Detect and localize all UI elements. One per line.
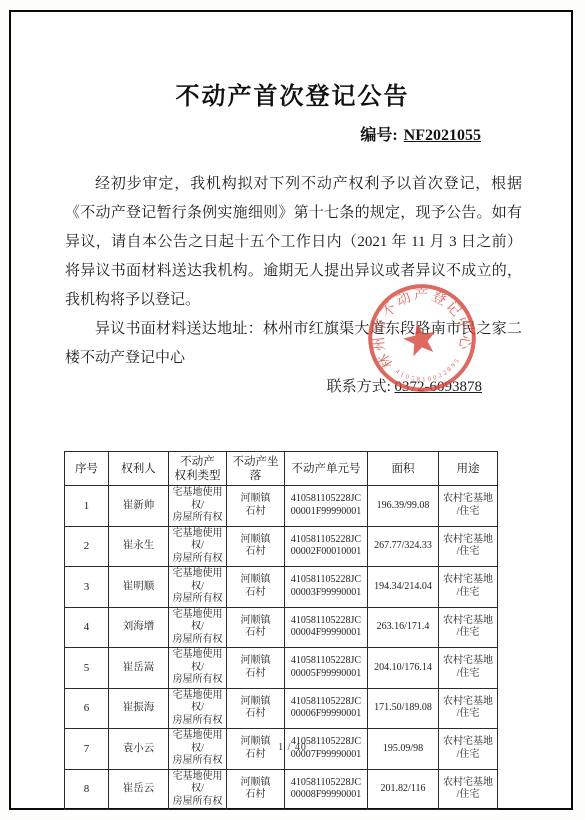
page-number-indicator: 1 / 40 <box>0 742 585 753</box>
cell-area: 196.39/99.08 <box>368 486 439 527</box>
cell-location: 河顺镇 石村 <box>227 688 285 729</box>
table-row: 6 崔振海 宅基地使用权/ 房屋所有权 河顺镇 石村 410581105228J… <box>65 688 498 729</box>
col-header-location: 不动产坐落 <box>227 452 285 486</box>
cell-right-type: 宅基地使用权/ 房屋所有权 <box>169 526 227 567</box>
cell-location: 河顺镇 石村 <box>227 486 285 527</box>
cell-usage: 农村宅基地 /住宅 <box>439 607 498 648</box>
cell-right-type: 宅基地使用权/ 房屋所有权 <box>169 648 227 689</box>
document-number-label: 编号: <box>360 127 397 144</box>
cell-usage: 农村宅基地 /住宅 <box>439 486 498 527</box>
col-header-usage: 用途 <box>439 452 498 486</box>
col-header-right-type: 不动产 权利类型 <box>169 452 227 486</box>
col-header-serial: 序号 <box>65 452 109 486</box>
cell-right-type: 宅基地使用权/ 房屋所有权 <box>169 486 227 527</box>
cell-owner: 崔岳云 <box>109 769 169 810</box>
cell-owner: 崔明顺 <box>109 567 169 608</box>
table-row: 8 崔岳云 宅基地使用权/ 房屋所有权 河顺镇 石村 410581105228J… <box>65 769 498 810</box>
table-row: 1 崔新帅 宅基地使用权/ 房屋所有权 河顺镇 石村 410581105228J… <box>65 486 498 527</box>
cell-location: 河顺镇 石村 <box>227 607 285 648</box>
cell-owner: 刘海增 <box>109 607 169 648</box>
cell-location: 河顺镇 石村 <box>227 567 285 608</box>
col-header-unit-no: 不动产单元号 <box>285 452 368 486</box>
cell-unit-no: 410581105228JC 00008F99990001 <box>285 769 368 810</box>
cell-area: 267.77/324.33 <box>368 526 439 567</box>
document-number-value: NF2021055 <box>404 127 481 144</box>
registration-table: 序号 权利人 不动产 权利类型 不动产坐落 不动产单元号 面积 用途 1 崔新帅… <box>64 451 498 810</box>
contact-line: 联系方式: 0372-6093878 <box>65 373 522 402</box>
cell-owner: 崔振海 <box>109 688 169 729</box>
cell-location: 河顺镇 石村 <box>227 526 285 567</box>
col-header-area: 面积 <box>368 452 439 486</box>
cell-unit-no: 410581105228JC 00006F99990001 <box>285 688 368 729</box>
cell-usage: 农村宅基地 /住宅 <box>439 567 498 608</box>
cell-area: 204.10/176.14 <box>368 648 439 689</box>
table-row: 2 崔永生 宅基地使用权/ 房屋所有权 河顺镇 石村 410581105228J… <box>65 526 498 567</box>
announcement-paragraph-2: 异议书面材料送达地址：林州市红旗渠大道东段路南市民之家二楼不动产登记中心 <box>65 315 522 373</box>
cell-serial: 5 <box>65 648 109 689</box>
cell-right-type: 宅基地使用权/ 房屋所有权 <box>169 607 227 648</box>
contact-label: 联系方式: <box>327 379 391 395</box>
cell-right-type: 宅基地使用权/ 房屋所有权 <box>169 688 227 729</box>
cell-serial: 3 <box>65 567 109 608</box>
table-header-row: 序号 权利人 不动产 权利类型 不动产坐落 不动产单元号 面积 用途 <box>65 452 498 486</box>
cell-area: 171.50/189.08 <box>368 688 439 729</box>
cell-right-type: 宅基地使用权/ 房屋所有权 <box>169 567 227 608</box>
cell-right-type: 宅基地使用权/ 房屋所有权 <box>169 769 227 810</box>
document-number: 编号:NF2021055 <box>360 122 481 145</box>
cell-unit-no: 410581105228JC 00005F99990001 <box>285 648 368 689</box>
table-row: 5 崔岳嵩 宅基地使用权/ 房屋所有权 河顺镇 石村 410581105228J… <box>65 648 498 689</box>
cell-usage: 农村宅基地 /住宅 <box>439 769 498 810</box>
cell-unit-no: 410581105228JC 00004F99990001 <box>285 607 368 648</box>
col-header-owner: 权利人 <box>109 452 169 486</box>
cell-serial: 4 <box>65 607 109 648</box>
cell-serial: 2 <box>65 526 109 567</box>
page-title: 不动产首次登记公告 <box>0 76 585 111</box>
cell-location: 河顺镇 石村 <box>227 648 285 689</box>
cell-area: 263.16/171.4 <box>368 607 439 648</box>
contact-phone: 0372-6093878 <box>395 379 483 395</box>
cell-serial: 8 <box>65 769 109 810</box>
cell-owner: 崔永生 <box>109 526 169 567</box>
cell-serial: 1 <box>65 486 109 527</box>
cell-unit-no: 410581105228JC 00003F99990001 <box>285 567 368 608</box>
cell-owner: 崔新帅 <box>109 486 169 527</box>
cell-usage: 农村宅基地 /住宅 <box>439 526 498 567</box>
announcement-paragraph-1: 经初步审定，我机构拟对下列不动产权利予以首次登记，根据《不动产登记暂行条例实施细… <box>65 170 522 315</box>
announcement-body: 经初步审定，我机构拟对下列不动产权利予以首次登记，根据《不动产登记暂行条例实施细… <box>65 170 522 402</box>
cell-location: 河顺镇 石村 <box>227 769 285 810</box>
cell-owner: 崔岳嵩 <box>109 648 169 689</box>
cell-usage: 农村宅基地 /住宅 <box>439 688 498 729</box>
cell-unit-no: 410581105228JC 00001F99990001 <box>285 486 368 527</box>
cell-unit-no: 410581105228JC 00002F00010001 <box>285 526 368 567</box>
cell-usage: 农村宅基地 /住宅 <box>439 648 498 689</box>
cell-area: 194.34/214.04 <box>368 567 439 608</box>
cell-area: 201.82/116 <box>368 769 439 810</box>
table-row: 4 刘海增 宅基地使用权/ 房屋所有权 河顺镇 石村 410581105228J… <box>65 607 498 648</box>
table-row: 3 崔明顺 宅基地使用权/ 房屋所有权 河顺镇 石村 410581105228J… <box>65 567 498 608</box>
cell-serial: 6 <box>65 688 109 729</box>
